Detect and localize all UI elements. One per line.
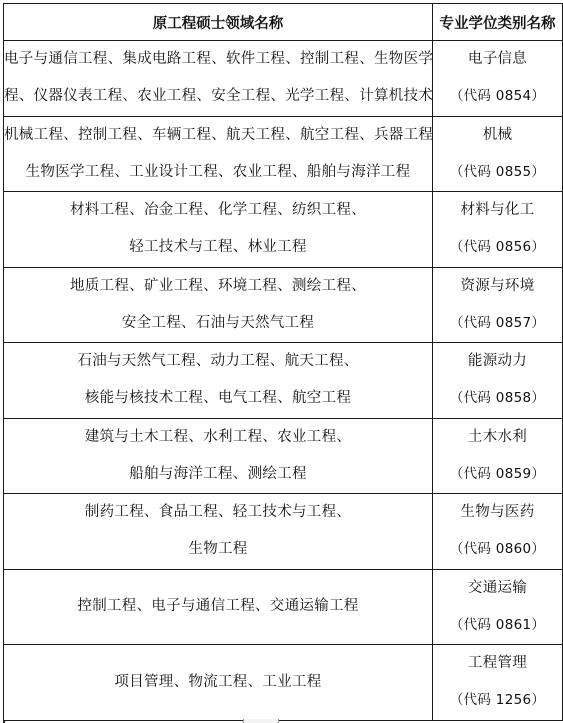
degree-category-cell: 土木水利 （代码 0859） (433, 418, 563, 494)
fields-line: 安全工程、石油与天然气工程 (4, 305, 432, 342)
degree-category-cell: 工程管理 （代码 1256） (433, 645, 563, 721)
fields-line: 船舶与海洋工程、测绘工程 (4, 456, 432, 493)
degree-category-cell: 资源与环境 （代码 0857） (433, 267, 563, 343)
category-name: 能源动力 (433, 343, 562, 380)
degree-category-cell: 能源动力 （代码 0858） (433, 343, 563, 419)
category-code: （代码 1256） (433, 682, 562, 719)
category-code: （代码 0859） (433, 456, 562, 493)
category-name: 资源与环境 (433, 268, 562, 305)
degree-category-cell: 材料与化工 （代码 0856） (433, 192, 563, 268)
header-original-fields: 原工程硕士领域名称 (4, 4, 433, 41)
category-name: 土木水利 (433, 419, 562, 456)
category-name: 机械 (433, 117, 562, 154)
fields-line: 石油与天然气工程、动力工程、航天工程、 (4, 343, 432, 380)
category-code: （代码 0855） (433, 154, 562, 191)
table-row: 建筑与土木工程、水利工程、农业工程、 船舶与海洋工程、测绘工程 土木水利 （代码… (4, 418, 563, 494)
category-name: 工程管理 (433, 645, 562, 682)
fields-line: 机械工程、控制工程、车辆工程、航天工程、航空工程、兵器工程、 (4, 117, 432, 154)
category-code: （代码 0854） (433, 78, 562, 115)
header-row: 原工程硕士领域名称 专业学位类别名称 (4, 4, 563, 41)
category-name: 生物与医药 (433, 494, 562, 531)
table-row: 项目管理、物流工程、工业工程 工程管理 （代码 1256） (4, 645, 563, 721)
table-row: 电子与通信工程、集成电路工程、软件工程、控制工程、生物医学工 程、仪器仪表工程、… (4, 41, 563, 117)
fields-line: 轻工技术与工程、林业工程 (4, 229, 432, 266)
category-code: （代码 0857） (433, 305, 562, 342)
table-row: 石油与天然气工程、动力工程、航天工程、 核能与核技术工程、电气工程、航空工程 能… (4, 343, 563, 419)
category-name: 交通运输 (433, 570, 562, 607)
fields-line: 生物医学工程、工业设计工程、农业工程、船舶与海洋工程 (4, 154, 432, 191)
fields-line: 控制工程、电子与通信工程、交通运输工程 (4, 588, 432, 625)
original-fields-cell: 控制工程、电子与通信工程、交通运输工程 (4, 569, 433, 645)
category-name: 电子信息 (433, 41, 562, 78)
category-code: （代码 0856） (433, 229, 562, 266)
original-fields-cell: 电子与通信工程、集成电路工程、软件工程、控制工程、生物医学工 程、仪器仪表工程、… (4, 41, 433, 117)
fields-line: 电子与通信工程、集成电路工程、软件工程、控制工程、生物医学工 (4, 41, 432, 78)
original-fields-cell: 制药工程、食品工程、轻工技术与工程、 生物工程 (4, 494, 433, 570)
fields-line: 制药工程、食品工程、轻工技术与工程、 (4, 494, 432, 531)
fields-line: 生物工程 (4, 531, 432, 568)
table-row: 地质工程、矿业工程、环境工程、测绘工程、 安全工程、石油与天然气工程 资源与环境… (4, 267, 563, 343)
table-row: 制药工程、食品工程、轻工技术与工程、 生物工程 生物与医药 （代码 0860） (4, 494, 563, 570)
header-degree-category: 专业学位类别名称 (433, 4, 563, 41)
original-fields-cell: 机械工程、控制工程、车辆工程、航天工程、航空工程、兵器工程、 生物医学工程、工业… (4, 116, 433, 192)
degree-category-cell: 电子信息 （代码 0854） (433, 41, 563, 117)
fields-line: 材料工程、冶金工程、化学工程、纺织工程、 (4, 192, 432, 229)
degree-category-cell: 机械 （代码 0855） (433, 116, 563, 192)
degree-mapping-table: 原工程硕士领域名称 专业学位类别名称 电子与通信工程、集成电路工程、软件工程、控… (3, 3, 563, 721)
table-row: 材料工程、冶金工程、化学工程、纺织工程、 轻工技术与工程、林业工程 材料与化工 … (4, 192, 563, 268)
original-fields-cell: 建筑与土木工程、水利工程、农业工程、 船舶与海洋工程、测绘工程 (4, 418, 433, 494)
fields-line: 程、仪器仪表工程、农业工程、安全工程、光学工程、计算机技术 (4, 78, 432, 115)
table-row: 机械工程、控制工程、车辆工程、航天工程、航空工程、兵器工程、 生物医学工程、工业… (4, 116, 563, 192)
fields-line: 核能与核技术工程、电气工程、航空工程 (4, 380, 432, 417)
original-fields-cell: 项目管理、物流工程、工业工程 (4, 645, 433, 721)
page-fold-marker (243, 719, 279, 723)
category-code: （代码 0861） (433, 607, 562, 644)
original-fields-cell: 地质工程、矿业工程、环境工程、测绘工程、 安全工程、石油与天然气工程 (4, 267, 433, 343)
degree-category-cell: 生物与医药 （代码 0860） (433, 494, 563, 570)
fields-line: 建筑与土木工程、水利工程、农业工程、 (4, 419, 432, 456)
degree-category-cell: 交通运输 （代码 0861） (433, 569, 563, 645)
category-code: （代码 0860） (433, 531, 562, 568)
fields-line: 项目管理、物流工程、工业工程 (4, 664, 432, 701)
category-code: （代码 0858） (433, 380, 562, 417)
original-fields-cell: 材料工程、冶金工程、化学工程、纺织工程、 轻工技术与工程、林业工程 (4, 192, 433, 268)
fields-line: 地质工程、矿业工程、环境工程、测绘工程、 (4, 268, 432, 305)
original-fields-cell: 石油与天然气工程、动力工程、航天工程、 核能与核技术工程、电气工程、航空工程 (4, 343, 433, 419)
category-name: 材料与化工 (433, 192, 562, 229)
table-row: 控制工程、电子与通信工程、交通运输工程 交通运输 （代码 0861） (4, 569, 563, 645)
